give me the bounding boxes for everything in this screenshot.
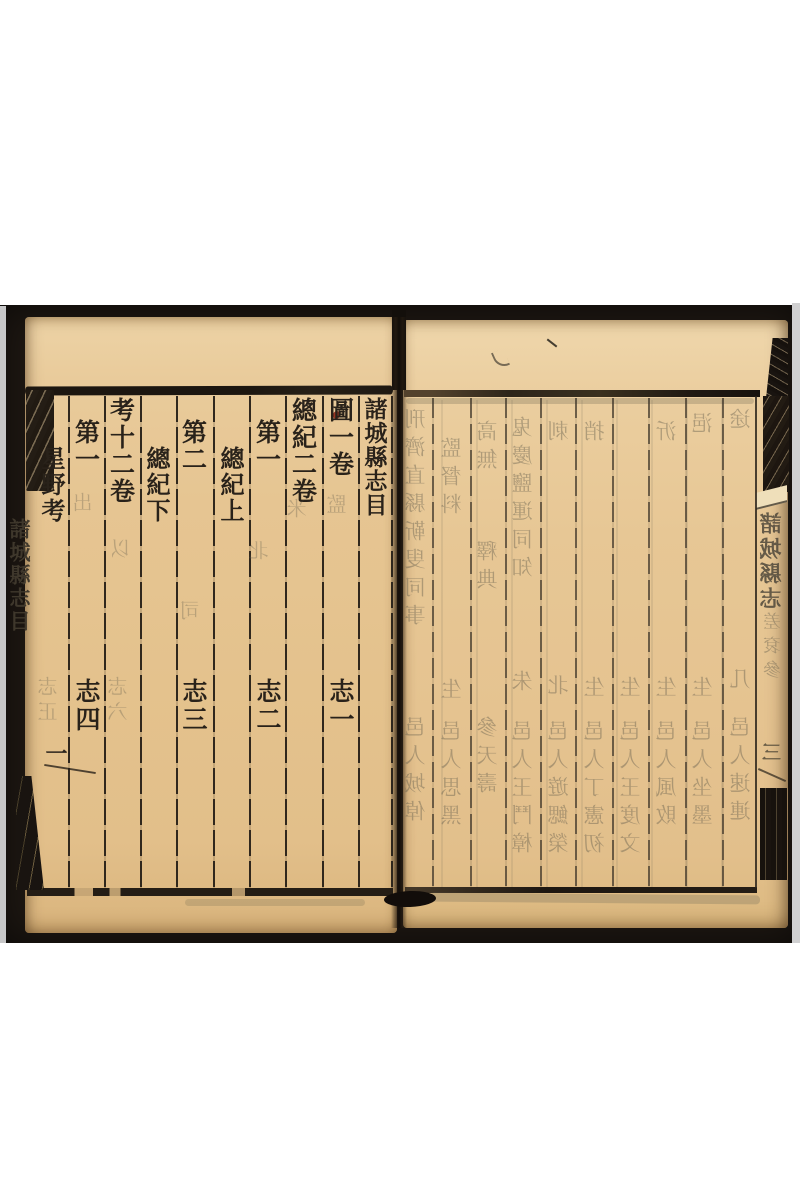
left-page-bottom-border [27, 888, 393, 896]
toc-volume-label-8: 志四 [73, 678, 98, 734]
bleedthrough-column-8-seg-0: 浥 [693, 412, 714, 440]
bleedthrough-column-1-seg-1: 生 [442, 678, 463, 706]
left-column-rule-5 [249, 396, 251, 888]
bleedthrough-column-9-seg-2: 邑人速連 [731, 716, 752, 828]
bleedthrough-mark-6: 志六 [110, 676, 130, 726]
toc-entry-5: 第二 [180, 419, 205, 473]
right-fold-rule [755, 396, 757, 888]
bleedthrough-column-3-seg-2: 邑人王鬥樟 [513, 720, 534, 860]
left-spine-title: 諸城縣志目 [8, 518, 29, 633]
right-page-top-border-smear [406, 398, 754, 404]
toc-entry-9: 星野考 [38, 446, 62, 524]
scanner-edge-strip-right [792, 303, 800, 943]
toc-volume-label-5: 志三 [180, 678, 205, 734]
right-column-rule-0 [432, 398, 434, 888]
toc-volume-label-3: 志二 [254, 678, 279, 734]
bleedthrough-mark-2: 北 [251, 540, 271, 565]
toc-entry-8: 第一 [73, 419, 98, 473]
right-column-rule-1 [470, 398, 472, 888]
right-folio-number-mirrored: 三 [764, 742, 783, 761]
bleedthrough-column-5-seg-2: 邑人丁憲初 [585, 720, 606, 860]
left-column-rule-6 [285, 396, 287, 888]
bleedthrough-column-7-seg-0: 沂 [657, 420, 678, 448]
right-column-rule-2 [505, 398, 507, 888]
bleedthrough-column-5-seg-0: 捎 [585, 420, 606, 448]
left-column-rule-1 [104, 396, 106, 888]
bleedthrough-column-4-seg-1: 北 [549, 674, 570, 702]
right-fold-black-bar [763, 396, 789, 492]
right-column-rule-8 [722, 398, 724, 888]
bleedthrough-mark-5: 出 [75, 492, 95, 517]
toc-entry-2: 總紀二卷 [290, 397, 315, 505]
toc-entry-1: 圖一卷 [327, 397, 352, 478]
left-page-top-border [25, 386, 393, 396]
left-column-rule-8 [358, 396, 360, 888]
toc-title: 諸城縣志目 [363, 397, 386, 517]
bleedthrough-mark-3: 司 [182, 600, 202, 625]
left-page-bottom-border-smear [185, 899, 365, 906]
left-column-rule-4 [213, 396, 215, 888]
toc-entry-6: 總紀下 [143, 446, 167, 524]
right-column-rule-5 [612, 398, 614, 888]
bleedthrough-column-5-seg-1: 生 [585, 676, 606, 704]
bleedthrough-column-3-seg-1: 朱 [513, 670, 534, 698]
bleedthrough-column-2-seg-1: 釋典 [478, 540, 499, 596]
bleedthrough-column-2-seg-2: 參天壽 [478, 716, 499, 800]
bleedthrough-mark-0: 監 [329, 494, 349, 519]
bleedthrough-column-8-seg-1: 生 [693, 676, 714, 704]
toc-volume-label-1: 志一 [327, 678, 352, 734]
right-column-rule-3 [540, 398, 542, 888]
right-fold-bottom-black-bar [760, 788, 787, 880]
right-spine-title-mirrored: 諸城縣志 [761, 512, 783, 612]
bleedthrough-column-1-seg-0: 監督料 [442, 437, 463, 521]
scanned-book-spread: 諸城縣志目 一 諸城縣志 差袞參 三 諸城縣志目圖一卷志一總紀二卷第一志二總紀上… [0, 0, 800, 1191]
bleedthrough-mark-4: 以 [113, 538, 133, 563]
bleedthrough-column-7-seg-2: 邑人風敗 [657, 720, 678, 832]
bleedthrough-column-9-seg-1: 几 [731, 668, 752, 696]
bleedthrough-column-7-seg-1: 生 [657, 676, 678, 704]
left-folio-number: 一 [44, 742, 66, 764]
left-column-rule-3 [176, 396, 178, 888]
toc-entry-4: 總紀上 [217, 446, 241, 524]
left-column-rule-9 [391, 396, 393, 888]
right-column-rule-6 [648, 398, 650, 888]
left-column-rule-7 [322, 396, 324, 888]
toc-entry-7: 考十二卷 [108, 397, 133, 505]
bleedthrough-column-6-seg-1: 邑人王度文 [621, 720, 642, 860]
bleedthrough-column-2-seg-0: 高無 [478, 420, 499, 476]
bleedthrough-column-6-seg-0: 生 [621, 676, 642, 704]
right-column-rule-7 [685, 398, 687, 888]
bleedthrough-column-3-seg-0: 鬼慶鹽運同知 [513, 416, 534, 584]
bleedthrough-column-8-seg-2: 邑人坐墨 [693, 720, 714, 832]
bleedthrough-mark-7: 志正 [40, 676, 60, 726]
bleedthrough-column-0-seg-1: 邑人城倬 [406, 716, 427, 828]
right-column-rule-4 [575, 398, 577, 888]
toc-entry-3: 第一 [254, 419, 279, 473]
bleedthrough-column-0-seg-0: 刑濟直縣靳叟同事 [406, 408, 427, 632]
bleedthrough-mark-1: 米 [289, 498, 309, 523]
bleedthrough-column-4-seg-2: 邑人遊鰓榮 [549, 720, 570, 860]
bleedthrough-column-1-seg-2: 邑人思黑 [442, 720, 463, 832]
bleedthrough-column-9-seg-0: 途 [731, 408, 752, 436]
bleedthrough-column-4-seg-0: 刺 [549, 420, 570, 448]
right-spine-bleedthrough: 差袞參 [764, 612, 782, 684]
scanner-edge-strip-left [0, 306, 6, 943]
right-page-top-border [404, 390, 760, 397]
left-column-rule-0 [68, 396, 70, 888]
